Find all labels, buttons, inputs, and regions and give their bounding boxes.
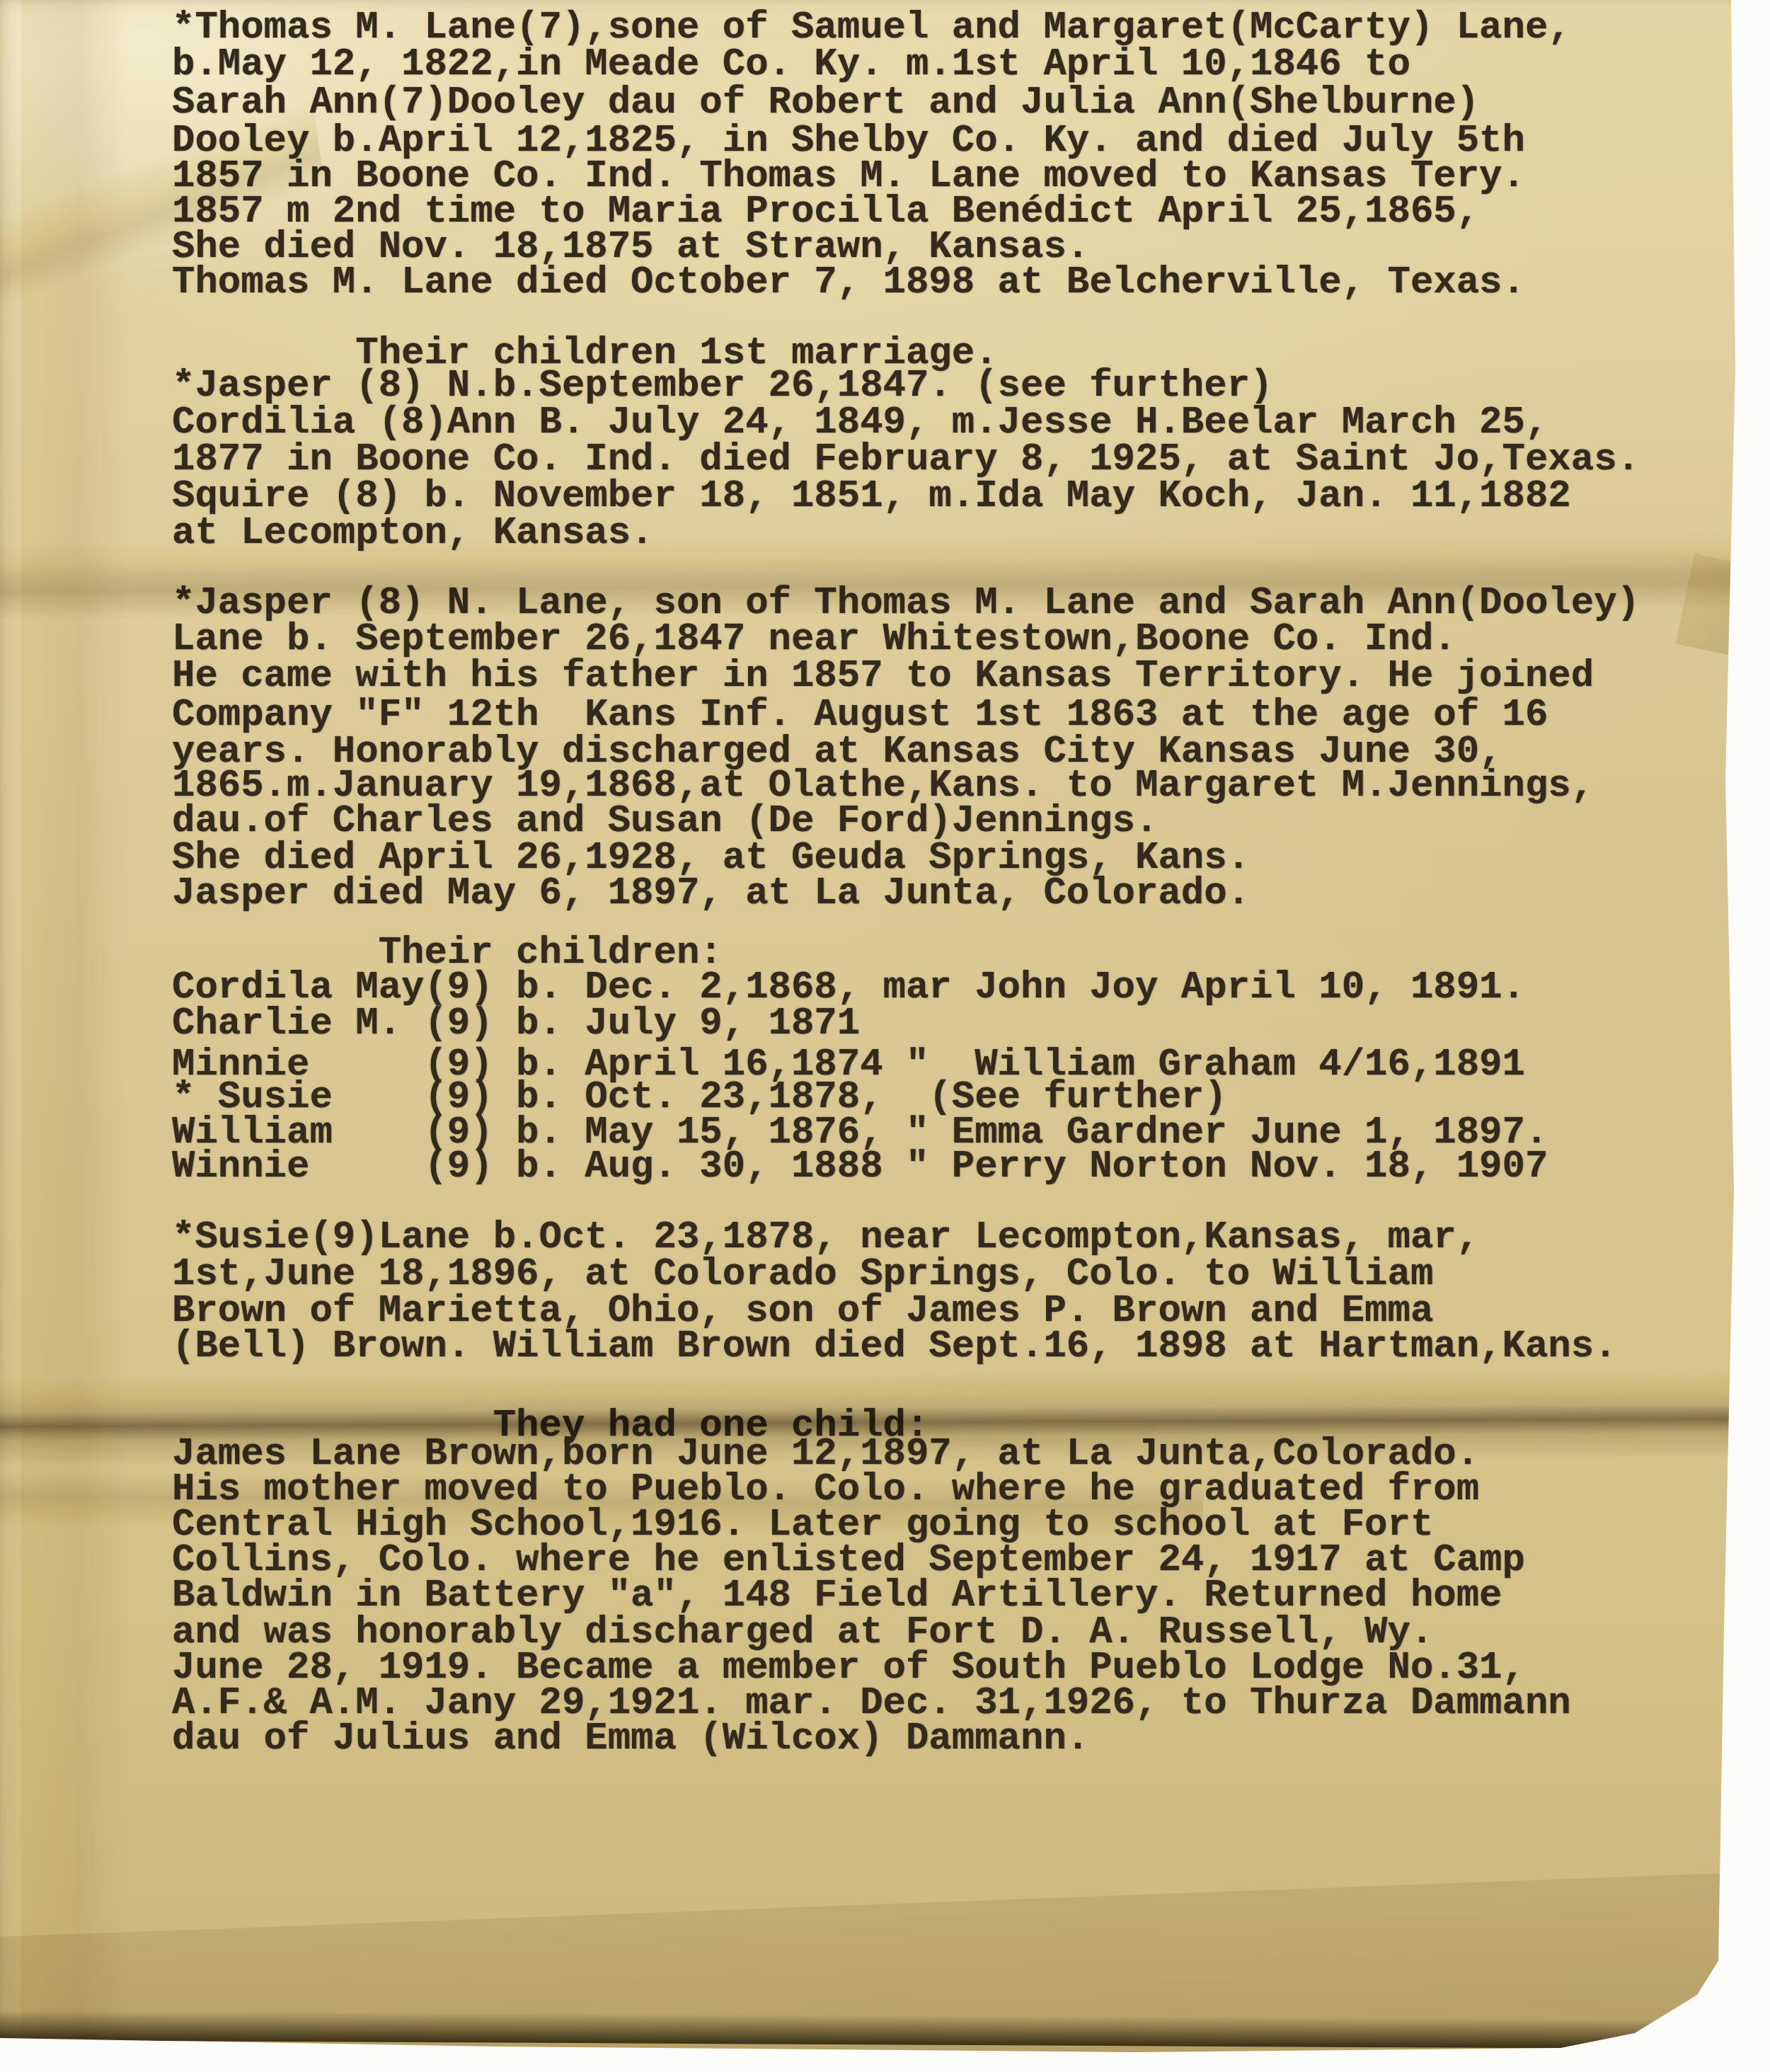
typewritten-line: b.May 12, 1822,in Meade Co. Ky. m.1st Ap…: [172, 46, 1410, 84]
typewritten-line: dau.of Charles and Susan (De Ford)Jennin…: [172, 803, 1158, 841]
typewritten-line: He came with his father in 1857 to Kansa…: [172, 658, 1594, 696]
typewritten-line: at Lecompton, Kansas.: [172, 515, 654, 553]
typewritten-line: *Susie(9)Lane b.Oct. 23,1878, near Lecom…: [172, 1219, 1479, 1257]
typewritten-line: Charlie M. (9) b. July 9, 1871: [172, 1005, 860, 1043]
scanner-background: *Thomas M. Lane(7),sone of Samuel and Ma…: [0, 0, 1770, 2072]
typewritten-line: (Bell) Brown. William Brown died Sept.16…: [172, 1328, 1617, 1366]
typewritten-line: Thomas M. Lane died October 7, 1898 at B…: [172, 264, 1525, 302]
typewritten-line: Lane b. September 26,1847 near Whitestow…: [172, 621, 1456, 659]
typewritten-line: *Thomas M. Lane(7),sone of Samuel and Ma…: [172, 9, 1571, 47]
typewritten-line: Sarah Ann(7)Dooley dau of Robert and Jul…: [172, 84, 1479, 122]
typewritten-line: Squire (8) b. November 18, 1851, m.Ida M…: [172, 478, 1571, 516]
typewritten-line: Company "F" 12th Kans Inf. August 1st 18…: [172, 697, 1548, 735]
typewritten-line: *Jasper (8) N.b.September 26,1847. (see …: [172, 367, 1272, 406]
typewritten-line: Cordila May(9) b. Dec. 2,1868, mar John …: [172, 969, 1525, 1007]
paper-crease-left-edge: [21, 0, 127, 2039]
typewritten-line: *Jasper (8) N. Lane, son of Thomas M. La…: [172, 585, 1640, 623]
typewritten-line: Cordilia (8)Ann B. July 24, 1849, m.Jess…: [172, 404, 1548, 442]
typewritten-line: Winnie (9) b. Aug. 30, 1888 " Perry Nort…: [172, 1148, 1548, 1186]
scanned-genealogy-document: *Thomas M. Lane(7),sone of Samuel and Ma…: [0, 0, 1770, 2072]
typewritten-line: dau of Julius and Emma (Wilcox) Dammann.: [172, 1720, 1089, 1758]
typewritten-line: Jasper died May 6, 1897, at La Junta, Co…: [172, 875, 1250, 913]
typewritten-line: 1st,June 18,1896, at Colorado Springs, C…: [172, 1256, 1433, 1294]
typewritten-text: *Thomas M. Lane(7),sone of Samuel and Ma…: [172, 0, 1729, 2072]
typewritten-line: Baldwin in Battery "a", 148 Field Artill…: [172, 1577, 1502, 1615]
typewritten-line: 1877 in Boone Co. Ind. died February 8, …: [172, 441, 1640, 479]
